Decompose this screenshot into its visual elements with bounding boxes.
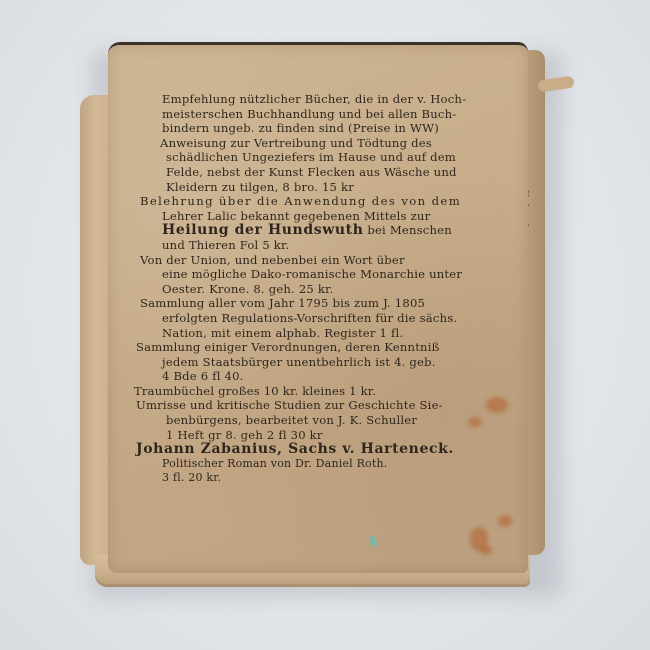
text-line: schädlichen Ungeziefers im Hause und auf…: [140, 150, 520, 165]
title-johann-zabanius: Johann Zabanius, Sachs v. Harteneck.: [136, 442, 520, 457]
text-line: 1 Heft gr 8. geh 2 fl 30 kr: [140, 428, 520, 443]
text-line: Lehrer Lalic bekannt gegebenen Mittels z…: [140, 209, 520, 224]
text-line: jedem Staatsbürger unentbehrlich ist 4. …: [140, 355, 520, 370]
text-line: benbürgens, bearbeitet von J. K. Schulle…: [140, 413, 520, 428]
entry-traumbuechel: Traumbüchel großes 10 kr. kleines 1 kr.: [140, 384, 520, 399]
text-line: Politischer Roman von Dr. Daniel Roth.: [140, 457, 520, 472]
text-line: meisterschen Buchhandlung und bei allen …: [140, 107, 520, 122]
text-line: Anweisung zur Vertreibung und Tödtung de…: [140, 136, 520, 151]
text-line: Oester. Krone. 8. geh. 25 kr.: [140, 282, 520, 297]
entry-ungeziefer: Anweisung zur Vertreibung und Tödtung de…: [140, 136, 520, 194]
text-line: Nation, mit einem alphab. Register 1 fl.: [140, 326, 520, 341]
text-line: eine mögliche Dako-romanische Monarchie …: [140, 267, 520, 282]
text-line: Traumbüchel großes 10 kr. kleines 1 kr.: [134, 384, 520, 399]
foxing-stain: [498, 515, 512, 527]
book-advertisement-text: Empfehlung nützlicher Bücher, die in der…: [140, 92, 520, 486]
text-line: Belehrung über die Anwendung des von dem: [140, 194, 520, 209]
text-line: und Thieren Fol 5 kr.: [140, 238, 520, 253]
text-line: 3 fl. 20 kr.: [140, 471, 520, 486]
entry-verordnungen: Sammlung einiger Verordnungen, deren Ken…: [140, 340, 520, 384]
entry-heading: Empfehlung nützlicher Bücher, die in der…: [140, 92, 520, 136]
text-line: Felde, nebst der Kunst Flecken aus Wäsch…: [140, 165, 520, 180]
text-line: Kleidern zu tilgen, 8 bro. 15 kr: [140, 180, 520, 195]
text-line: bindern ungeb. zu finden sind (Preise in…: [140, 121, 520, 136]
text-line: Von der Union, und nebenbei ein Wort übe…: [140, 253, 520, 268]
text-line: Umrisse und kritische Studien zur Geschi…: [136, 398, 520, 413]
text-line: 4 Bde 6 fl 40.: [140, 369, 520, 384]
entry-regulations: Sammlung aller vom Jahr 1795 bis zum J. …: [140, 296, 520, 340]
entry-hundswuth: Belehrung über die Anwendung des von dem…: [140, 194, 520, 252]
title-heilung-der-hundswuth: Heilung der Hundswuth: [162, 222, 363, 238]
text-line: erfolgten Regulations-Vorschriften für d…: [140, 311, 520, 326]
text-line: Empfehlung nützlicher Bücher, die in der…: [140, 92, 520, 107]
text-line: Sammlung einiger Verordnungen, deren Ken…: [136, 340, 520, 355]
foxing-stain: [480, 545, 492, 555]
entry-umrisse: Umrisse und kritische Studien zur Geschi…: [140, 398, 520, 442]
entry-union: Von der Union, und nebenbei ein Wort übe…: [140, 253, 520, 297]
text-line: Sammlung aller vom Jahr 1795 bis zum J. …: [140, 296, 520, 311]
text-line: bei Menschen: [363, 223, 451, 237]
entry-zabanius: Johann Zabanius, Sachs v. Harteneck. Pol…: [140, 442, 520, 486]
